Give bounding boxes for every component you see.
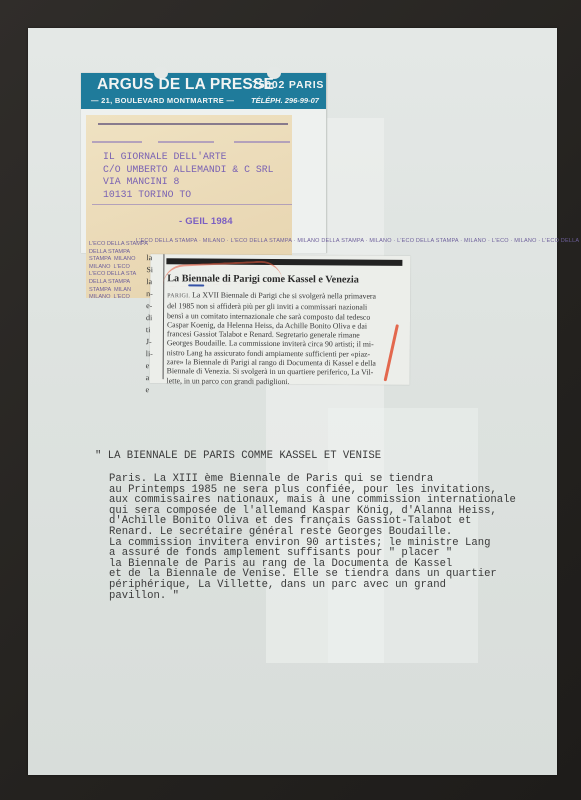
article-dateline: PARIGI. xyxy=(167,293,190,299)
argus-header-band: ARGUS DE LA PRESSE — 21, BOULEVARD MONTM… xyxy=(81,73,326,109)
label-perforation xyxy=(92,141,292,144)
transcription-body: Paris. La XIII ème Biennale de Paris qui… xyxy=(109,474,516,601)
label-rule xyxy=(92,204,292,205)
recipient-address: IL GIORNALE DELL'ARTE C/O UMBERTO ALLEMA… xyxy=(103,151,274,201)
newspaper-clipping: la Si la n- e- di ti J- li- e a e La Bie… xyxy=(150,254,411,385)
blue-pen-mark xyxy=(188,284,204,286)
date-stamp: - GEIL 1984 xyxy=(179,216,233,227)
eco-della-stampa-column: L'ECO DELLA STAMPA DELLA STAMPA STAMPA M… xyxy=(89,241,148,302)
label-rule xyxy=(98,123,288,125)
argus-phone: TÉLÉPH. 296-99-07 xyxy=(251,96,319,105)
argus-title: ARGUS DE LA PRESSE xyxy=(97,76,274,94)
article-body: PARIGI. La XVII Biennale di Parigi che s… xyxy=(167,290,408,387)
transcription-title: " LA BIENNALE DE PARIS COMME KASSEL ET V… xyxy=(95,450,381,462)
eco-della-stampa-strip: L'ECO DELLA STAMPA · MILANO · L'ECO DELL… xyxy=(136,238,581,245)
column-rule xyxy=(163,254,165,379)
argus-address: — 21, BOULEVARD MONTMARTRE — xyxy=(91,96,234,105)
argus-city: 75002 PARIS xyxy=(252,79,324,91)
article-text: La XVII Biennale di Parigi che si svolge… xyxy=(167,290,376,385)
adjacent-column-fragment: la Si la n- e- di ti J- li- e a e xyxy=(146,240,163,383)
